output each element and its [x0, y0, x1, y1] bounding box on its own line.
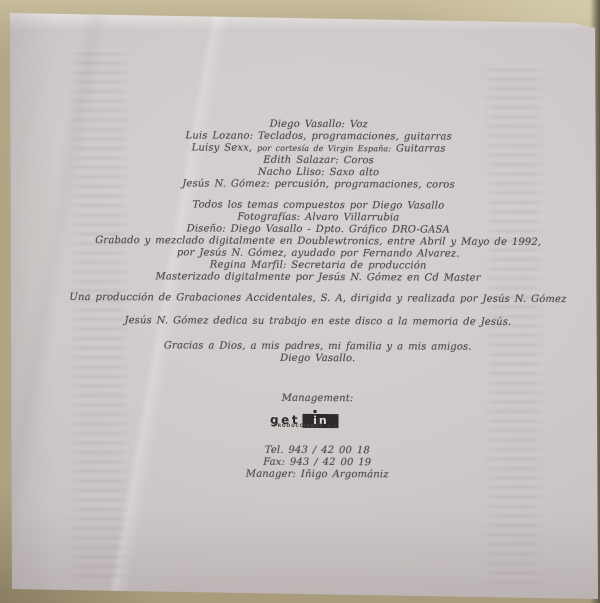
- inner-sleeve-paper: Diego Vasallo: Voz Luis Lozano: Teclados…: [0, 0, 600, 603]
- musician-credits: Diego Vasallo: Voz Luis Lozano: Teclados…: [58, 118, 578, 192]
- credit-line: Jesús N. Gómez: percusión, programacione…: [58, 178, 578, 192]
- contact-line: Manager: Iñigo Argomániz: [57, 468, 577, 482]
- credit-line-part-small: por cortesía de Virgin España:: [257, 144, 391, 154]
- photo-background: Diego Vasallo: Voz Luis Lozano: Teclados…: [0, 0, 600, 603]
- credit-line-part: Guitarras: [391, 143, 446, 154]
- getin-logo-i-dot-icon: [314, 410, 317, 413]
- credit-line: Grabado y mezclado digitalmente en Doubl…: [58, 235, 578, 249]
- credit-line: Una producción de Grabaciones Accidental…: [58, 292, 578, 306]
- management-heading: Management:: [58, 392, 578, 406]
- thanks-lines: Gracias a Dios, a mis padres, mi familia…: [58, 340, 578, 366]
- credit-line: Masterizado digitalmente por Jesús N. Gó…: [58, 271, 578, 285]
- credits-text: Diego Vasallo: Voz Luis Lozano: Teclados…: [57, 118, 579, 482]
- credit-line-part: Luisy Sexx,: [192, 142, 258, 153]
- credit-line: Jesús N. Gómez dedica su trabajo en este…: [58, 315, 578, 329]
- production-credits: Todos los temas compuestos por Diego Vas…: [58, 199, 578, 285]
- label-production-line: Una producción de Grabaciones Accidental…: [58, 292, 578, 306]
- getin-logo: get in PRODUCCIONES S.L.: [44, 411, 564, 437]
- getin-logo-in-box: in PRODUCCIONES S.L.: [303, 414, 339, 428]
- management-contact: Tel. 943 / 42 00 18 Fax: 943 / 42 00 19 …: [57, 444, 577, 482]
- getin-logo-subtext: PRODUCCIONES S.L.: [274, 420, 340, 434]
- dedication-line: Jesús N. Gómez dedica su trabajo en este…: [58, 315, 578, 329]
- credit-line: Diego Vasallo.: [58, 352, 578, 366]
- credit-line: Management:: [58, 392, 578, 406]
